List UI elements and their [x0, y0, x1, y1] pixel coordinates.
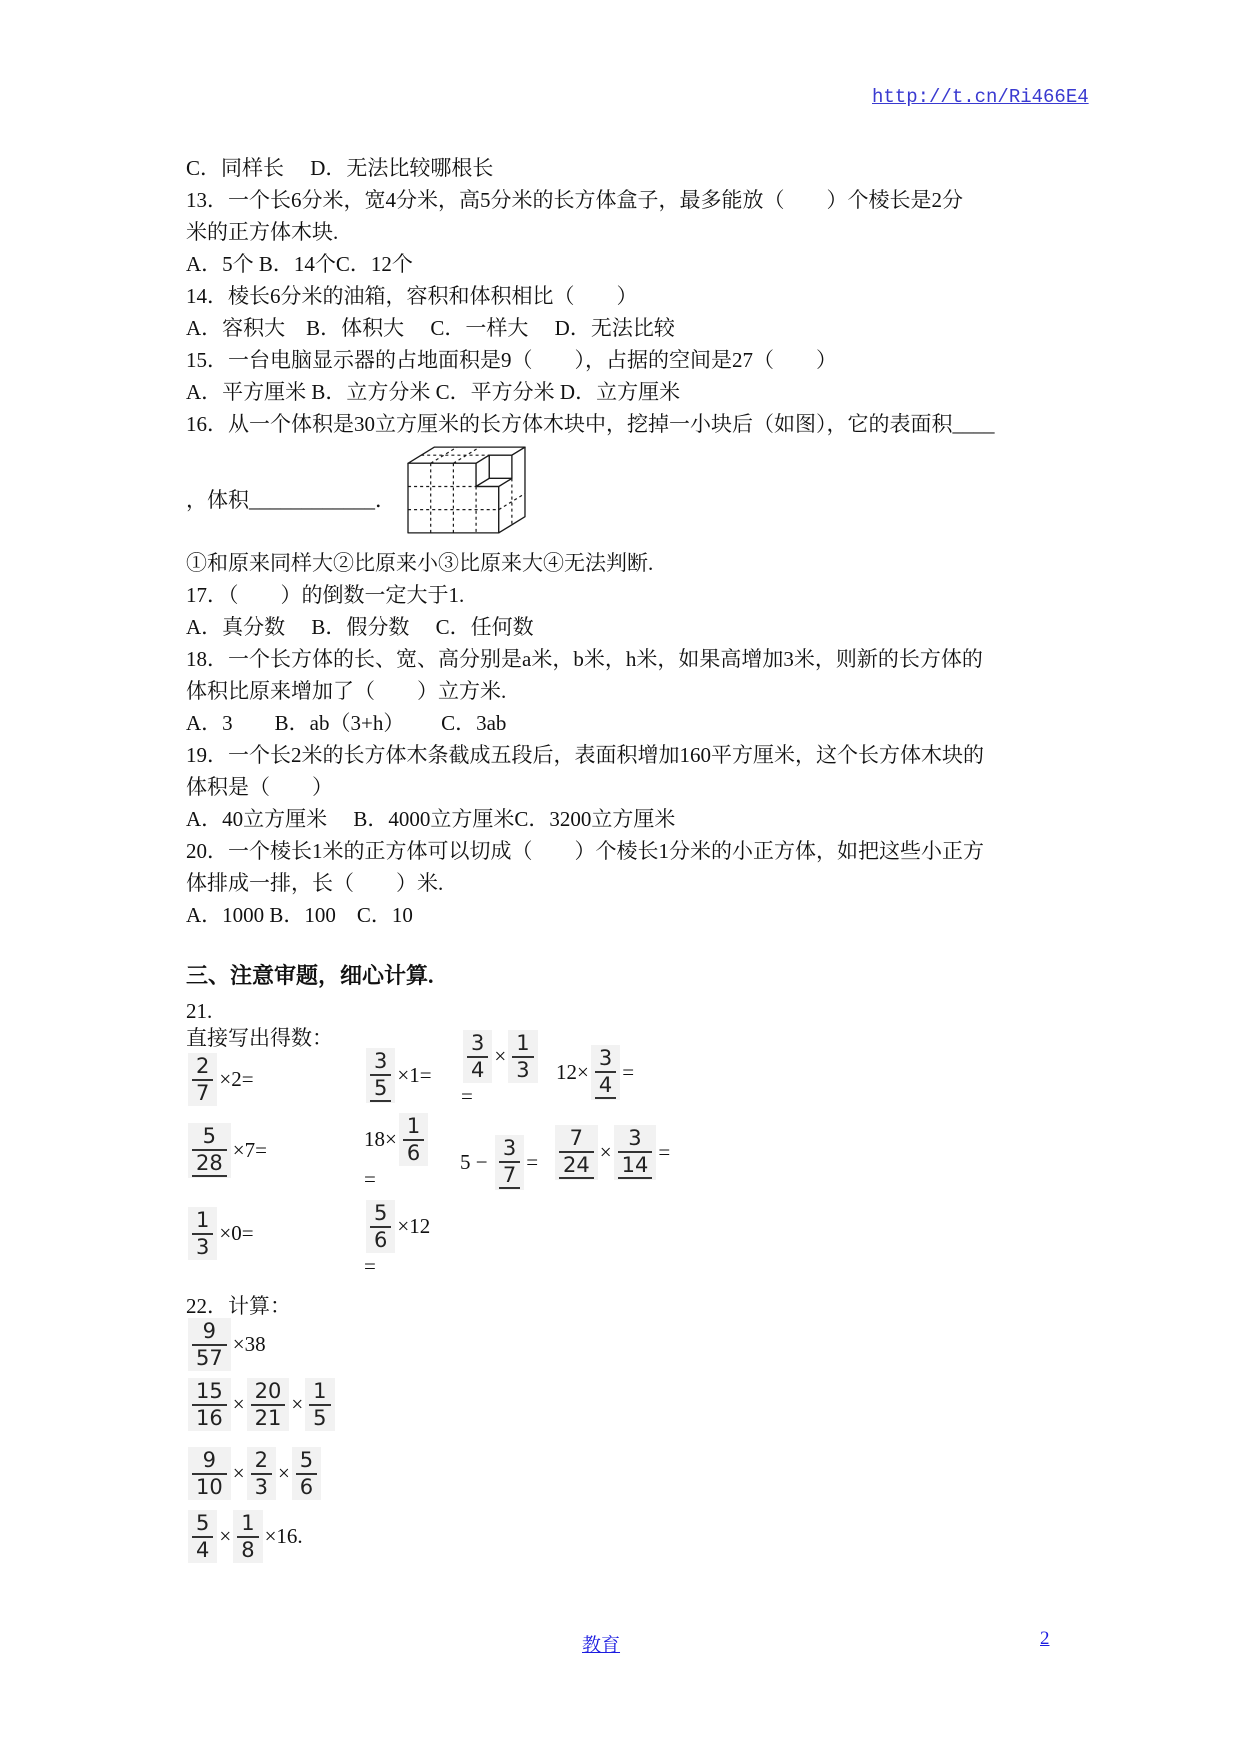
question-line: A．40立方厘米 B．4000立方厘米C．3200立方厘米 [186, 803, 1086, 835]
question-line: 19．一个长2米的长方体木条截成五段后，表面积增加160平方厘米，这个长方体木块… [186, 739, 1086, 771]
q21-expression-grid: 27×2= 35×1= 34×13= 12×34= 528×7= 18×16= … [186, 1030, 906, 1290]
question-line: A．真分数 B．假分数 C．任何数 [186, 611, 1086, 643]
q21-expr-r2c3: 5 − 37= [460, 1135, 538, 1190]
q22-section: 22．计算： 957×38 1516×2021×15 910×23×56 54×… [186, 1290, 686, 1620]
questions-block-top: C．同样长 D．无法比较哪根长 13．一个长6分米，宽4分米，高5分米的长方体盒… [186, 152, 1086, 440]
question-line: 体排成一排，长（ ）米. [186, 867, 1086, 899]
question-line: 体积比原来增加了（ ）立方米. [186, 675, 1086, 707]
q21-expr-r1c3: 34×13= [461, 1030, 540, 1109]
question-line: 17．（ ）的倒数一定大于1. [186, 579, 1086, 611]
section3-title: 三、注意审题，细心计算. [186, 960, 434, 992]
q21-expr-r3c1: 13×0= [186, 1207, 254, 1260]
q22-expr-1: 957×38 [186, 1318, 266, 1371]
question-line: A．容积大 B．体积大 C．一样大 D．无法比较 [186, 312, 1086, 344]
question-line: A．3 B．ab（3+h） C．3ab [186, 707, 1086, 739]
question-line: 14．棱长6分米的油箱，容积和体积相比（ ） [186, 280, 1086, 312]
q21-expr-r1c2: 35×1= [364, 1048, 432, 1103]
question-line: A．5个 B．14个C．12个 [186, 248, 1086, 280]
question-line: A．1000 B．100 C．10 [186, 899, 1086, 931]
q21-expr-r1c1: 27×2= [186, 1053, 254, 1106]
q21-expr-r2c4: 724×314= [553, 1125, 670, 1180]
q21-expr-r2c1: 528×7= [186, 1123, 267, 1178]
question-line: 体积是（ ） [186, 771, 1086, 803]
question-line: ①和原来同样大②比原来小③比原来大④无法判断. [186, 547, 1086, 579]
question-line: 米的正方体木块. [186, 216, 1086, 248]
q21-expr-r1c4: 12×34= [556, 1045, 634, 1100]
header-url-link[interactable]: http://t.cn/Ri466E4 [872, 86, 1089, 108]
document-page: http://t.cn/Ri466E4 C．同样长 D．无法比较哪根长 13．一… [0, 0, 1241, 1754]
q21-expr-r2c2: 18×16= [364, 1113, 430, 1192]
question-line: ，体积____________． [186, 484, 396, 516]
question-line: 13．一个长6分米，宽4分米，高5分米的长方体盒子，最多能放（ ）个棱长是2分 [186, 184, 1086, 216]
question-line: 20．一个棱长1米的正方体可以切成（ ）个棱长1分米的小正方体，如把这些小正方 [186, 835, 1086, 867]
q22-expr-2: 1516×2021×15 [186, 1378, 337, 1431]
question-line: C．同样长 D．无法比较哪根长 [186, 152, 1086, 184]
questions-block-mid: ①和原来同样大②比原来小③比原来大④无法判断. 17．（ ）的倒数一定大于1. … [186, 547, 1086, 931]
footer-site-link[interactable]: 教育 [582, 1630, 620, 1657]
question-line: A．平方厘米 B．立方分米 C．平方分米 D．立方厘米 [186, 376, 1086, 408]
q22-expr-3: 910×23×56 [186, 1447, 323, 1500]
question-line: 15．一台电脑显示器的占地面积是9（ ），占据的空间是27（ ） [186, 344, 1086, 376]
q22-expr-4: 54×18×16. [186, 1510, 303, 1563]
cuboid-figure-image [407, 446, 527, 535]
q21-expr-r3c2: 56×12= [364, 1200, 430, 1279]
question-line: 18．一个长方体的长、宽、高分别是a米，b米，h米，如果高增加3米，则新的长方体… [186, 643, 1086, 675]
page-number-link[interactable]: 2 [1040, 1628, 1050, 1650]
question-line: 16．从一个体积是30立方厘米的长方体木块中，挖掉一小块后（如图），它的表面积_… [186, 408, 1086, 440]
question16-figure-row: ，体积____________． [186, 440, 886, 547]
